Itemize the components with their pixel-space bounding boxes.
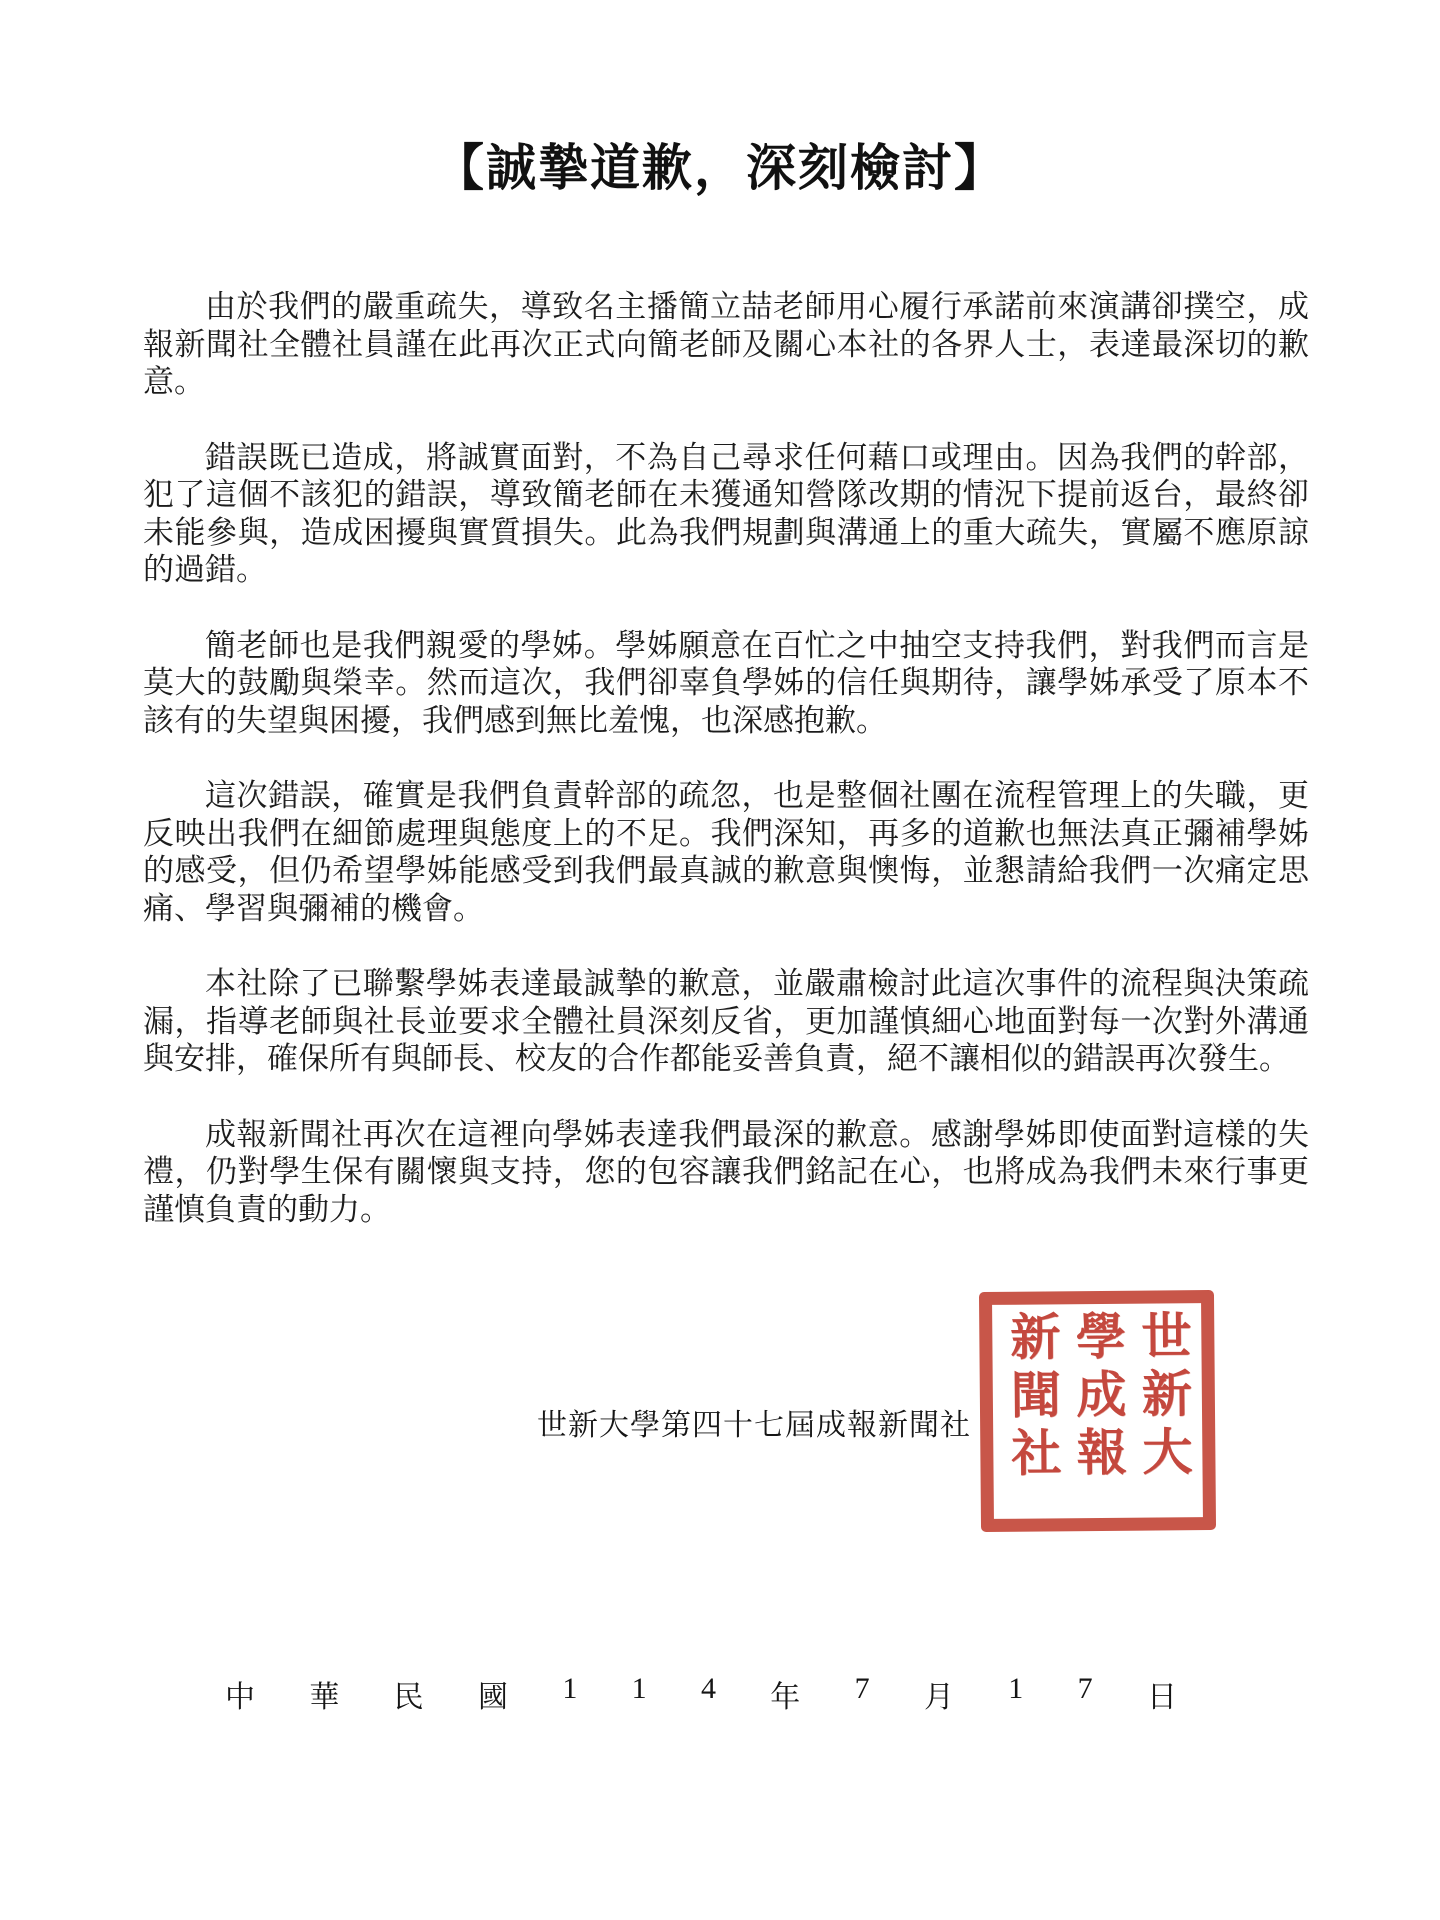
- date-char: 日: [1147, 1672, 1177, 1716]
- seal-column-right: 世新大: [1131, 1309, 1195, 1512]
- date-char: 民: [394, 1672, 424, 1716]
- date-char: 國: [478, 1672, 508, 1716]
- paragraph-5: 本社除了已聯繫學姊表達最誠摯的歉意，並嚴肅檢討此這次事件的流程與決策疏漏，指導老…: [143, 965, 1309, 1078]
- date-char: 4: [701, 1672, 716, 1716]
- paragraph-3: 簡老師也是我們親愛的學姊。學姊願意在百忙之中抽空支持我們，對我們而言是莫大的鼓勵…: [143, 627, 1309, 740]
- date-char: 7: [1078, 1672, 1093, 1716]
- seal-stamp: 世新大 學成報 新聞社: [979, 1290, 1216, 1532]
- date-char: 年: [770, 1672, 800, 1716]
- apology-letter-page: 【誠摯道歉，深刻檢討】 由於我們的嚴重疏失，導致名主播簡立喆老師用心履行承諾前來…: [0, 0, 1440, 1920]
- date-char: 1: [562, 1672, 577, 1716]
- paragraph-6: 成報新聞社再次在這裡向學姊表達我們最深的歉意。感謝學姊即使面對這樣的失禮，仍對學…: [143, 1116, 1309, 1229]
- date-line: 中 華 民 國 1 1 4 年 7 月 1 7 日: [225, 1672, 1177, 1716]
- date-char: 1: [1008, 1672, 1023, 1716]
- seal-column-middle: 學成報: [1066, 1310, 1130, 1513]
- date-char: 月: [924, 1672, 954, 1716]
- paragraph-1: 由於我們的嚴重疏失，導致名主播簡立喆老師用心履行承諾前來演講卻撲空，成報新聞社全…: [143, 288, 1309, 401]
- date-char: 中: [225, 1672, 255, 1716]
- letter-body: 由於我們的嚴重疏失，導致名主播簡立喆老師用心履行承諾前來演講卻撲空，成報新聞社全…: [143, 288, 1309, 1266]
- signature-line: 世新大學第四十七屆成報新聞社: [537, 1400, 971, 1444]
- date-char: 華: [309, 1672, 339, 1716]
- seal-column-left: 新聞社: [1000, 1310, 1064, 1513]
- paragraph-2: 錯誤既已造成，將誠實面對，不為自己尋求任何藉口或理由。因為我們的幹部，犯了這個不…: [143, 439, 1309, 589]
- date-char: 7: [855, 1672, 870, 1716]
- page-title: 【誠摯道歉，深刻檢討】: [0, 128, 1440, 200]
- paragraph-4: 這次錯誤，確實是我們負責幹部的疏忽，也是整個社團在流程管理上的失職，更反映出我們…: [143, 777, 1309, 927]
- date-char: 1: [632, 1672, 647, 1716]
